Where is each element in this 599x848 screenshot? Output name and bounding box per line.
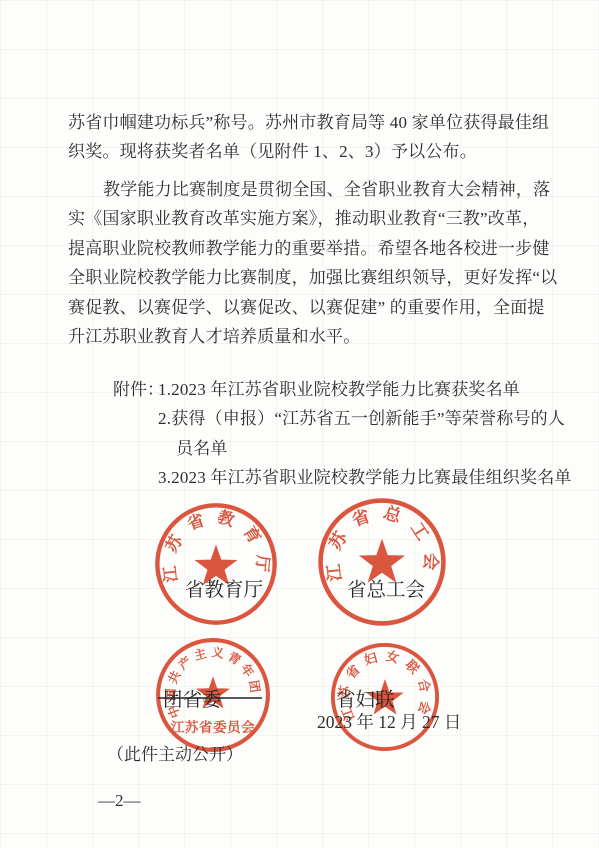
body-paragraph-2: 教学能力比赛制度是贯彻全国、全省职业教育大会精神，落 实《国家职业教育改革实施方…: [68, 175, 540, 351]
disclosure-note: （此件主动公开）: [107, 740, 243, 765]
body-text-line: 教学能力比赛制度是贯彻全国、全省职业教育大会精神，落: [68, 175, 540, 204]
body-text-line: 升江苏职业教育人才培养质量和水平。: [68, 322, 540, 351]
body-text-line: 实《国家职业教育改革实施方案》，推动职业教育“三教”改革，: [68, 204, 540, 233]
seal-provincial-education-dept: 江苏省教育厅: [153, 501, 279, 627]
attachment-item: 1.2023 年江苏省职业院校教学能力比赛获奖名单: [158, 375, 572, 404]
seal-label-youth-league: 团省委: [163, 684, 222, 712]
attachment-item: 2.获得（申报）“江苏省五一创新能手”等荣誉称号的人: [158, 404, 572, 433]
body-text-line: 苏省巾帼建功标兵”称号。苏州市教育局等 40 家单位获得最佳组: [68, 108, 540, 137]
attachments-list: 1.2023 年江苏省职业院校教学能力比赛获奖名单 2.获得（申报）“江苏省五一…: [158, 375, 572, 493]
attachment-item-wrap: 员名单: [158, 434, 572, 463]
page-number: —2—: [98, 791, 141, 811]
body-text-line: 全职业院校教学能力比赛制度，加强比赛组织领导，更好发挥“以: [68, 263, 540, 292]
scanned-official-document-page: 苏省巾帼建功标兵”称号。苏州市教育局等 40 家单位获得最佳组 织奖。现将获奖者…: [0, 0, 599, 848]
seal-label-womens-federation: 省妇联: [336, 684, 395, 712]
seal-bottom-text: 江苏省委员会: [171, 719, 255, 735]
document-date: 2023 年 12 月 27 日: [317, 709, 461, 734]
attachments-label: 附件：: [113, 375, 164, 404]
seal-provincial-trade-union: 江苏省总工会: [316, 496, 448, 628]
seal-label-trade-union: 省总工会: [347, 574, 425, 602]
body-text-line: 赛促教、以赛促学、以赛促改、以赛促建” 的重要作用，全面提: [68, 293, 540, 322]
body-text-line: 提高职业院校教师教学能力的重要举措。希望各地各校进一步健: [68, 234, 540, 263]
seal-label-education-dept: 省教育厅: [185, 574, 263, 602]
body-paragraph-1: 苏省巾帼建功标兵”称号。苏州市教育局等 40 家单位获得最佳组 织奖。现将获奖者…: [68, 108, 540, 167]
body-text-line: 织奖。现将获奖者名单（见附件 1、2、3）予以公布。: [68, 137, 540, 166]
attachment-item: 3.2023 年江苏省职业院校教学能力比赛最佳组织奖名单: [158, 463, 572, 492]
